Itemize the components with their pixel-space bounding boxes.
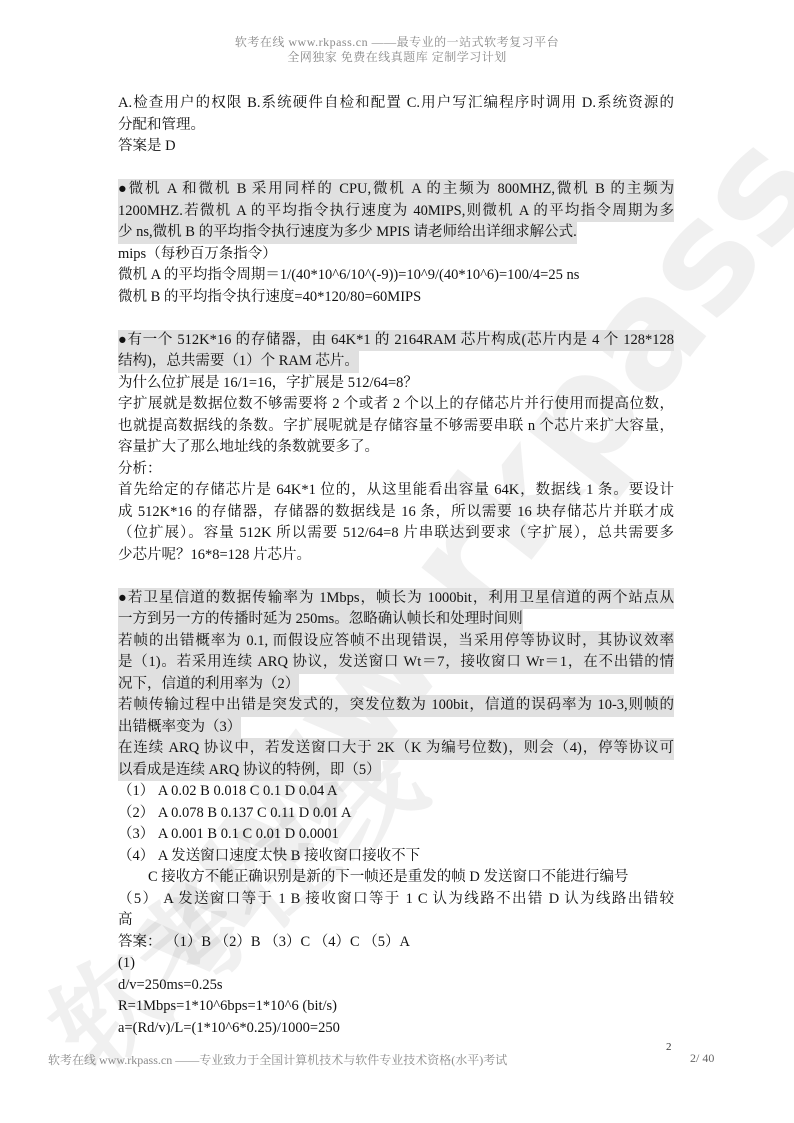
question-line: 在连续 ARQ 协议中，若发送窗口大于 2K（K 为编号位数)，则会（4)，停等… [118,738,674,760]
answer-line: 答案是 D [118,136,674,158]
option-line: （2） A 0.078 B 0.137 C 0.11 D 0.01 A [118,803,674,825]
question-line: 况下，信道的利用率为（2） [118,674,299,696]
solution-line: (1) [118,953,674,975]
header-line-2: 全网独家 免费在线真题库 定制学习计划 [0,50,794,65]
option-line: （5） A 发送窗口等于 1 B 接收窗口等于 1 C 认为线路不出错 D 认为… [118,889,674,911]
analysis-label: 分析： [118,459,674,481]
explain-line: 字扩展就是数据位数不够需要将 2 个或者 2 个以上的存储芯片并行使用而提高位数… [118,394,674,416]
option-line: C 接收方不能正确识别是新的下一帧还是重发的帧 D 发送窗口不能进行编号 [118,867,674,889]
explain-line: 容量扩大了那么地址线的条数就要多了。 [118,437,674,459]
explain-line: （位扩展）。容量 512K 所以需要 512/64=8 片串联达到要求（字扩展）… [118,523,674,545]
answer-line: 答案： （1）B （2）B （3）C （4）C （5）A [118,932,674,954]
question-line: 少 ns,微机 B 的平均指令执行速度为多少 MPIS 请老师给出详细求解公式. [118,222,577,244]
question-line: 一方到另一方的传播时延为 250ms。忽略确认帧长和处理时间则 [118,609,523,631]
bullet-icon: ● [118,181,129,197]
question-line: 结构)，总共需要（1）个 RAM 芯片。 [118,351,359,373]
option-line: （1） A 0.02 B 0.018 C 0.1 D 0.04 A [118,781,674,803]
explain-line: 为什么位扩展是 16/1=16，字扩展是 512/64=8？ [118,373,674,395]
page-number: 2 [666,1041,672,1053]
answer-line: 微机 A 的平均指令周期＝1/(40*10^6/10^(-9))=10^9/(4… [118,265,674,287]
option-line: （4） A 发送窗口速度太快 B 接收窗口接收不下 [118,846,674,868]
solution-line: d/v=250ms=0.25s [118,975,674,997]
question-line: 是（1)。若采用连续 ARQ 协议，发送窗口 Wt＝7，接收窗口 Wr＝1，在不… [118,652,674,674]
question-line: 1200MHZ.若微机 A 的平均指令执行速度为 40MIPS,则微机 A 的平… [118,201,674,223]
question-line: 出错概率变为（3） [118,717,241,739]
prev-question-answer: A.检查用户的权限 B.系统硬件自检和配置 C.用户写汇编程序时调用 D.系统资… [118,93,674,158]
solution-line: a=(Rd/v)/L=(1*10^6*0.25)/1000=250 [118,1018,674,1040]
answer-line: 微机 B 的平均指令执行速度=40*120/80=60MIPS [118,287,674,309]
option-line: （3） A 0.001 B 0.1 C 0.01 D 0.0001 [118,824,674,846]
document-body: A.检查用户的权限 B.系统硬件自检和配置 C.用户写汇编程序时调用 D.系统资… [118,93,674,1039]
question-cpu: ●微机 A 和微机 B 采用同样的 CPU,微机 A 的主频为 800MHZ,微… [118,179,674,308]
header-line-1: 软考在线 www.rkpass.cn ——最专业的一站式软考复习平台 [0,35,794,50]
question-satellite: ●若卫星信道的数据传输率为 1Mbps，帧长为 1000bit，利用卫星信道的两… [118,588,674,1040]
footer-text: 软考在线 www.rkpass.cn ——专业致力于全国计算机技术与软件专业技术… [48,1051,507,1068]
question-line: 若帧的出错概率为 0.1, 而假设应答帧不出现错误，当采用停等协议时，其协议效率 [118,631,674,653]
question-line: 以看成是连续 ARQ 协议的特例，即（5） [118,760,381,782]
question-line: 若帧传输过程中出错是突发式的，突发位数为 100bit，信道的误码率为 10-3… [118,695,674,717]
question-memory: ●有一个 512K*16 的存储器，由 64K*1 的 2164RAM 芯片构成… [118,330,674,567]
question-line: ●若卫星信道的数据传输率为 1Mbps，帧长为 1000bit，利用卫星信道的两… [118,588,674,610]
explain-line: 也就提高数据线的条数。字扩展呢就是存储容量不够需要串联 n 个芯片来扩大容量， [118,416,674,438]
answer-line: mips（每秒百万条指令） [118,244,674,266]
option-line: 高 [118,910,674,932]
text-line: 分配和管理。 [118,115,674,137]
bullet-icon: ● [118,590,128,606]
text-line: A.检查用户的权限 B.系统硬件自检和配置 C.用户写汇编程序时调用 D.系统资… [118,93,674,115]
solution-line: R=1Mbps=1*10^6bps=1*10^6 (bit/s) [118,996,674,1018]
question-line: ●有一个 512K*16 的存储器，由 64K*1 的 2164RAM 芯片构成… [118,330,674,352]
page-counter: 2/ 40 [690,1051,714,1066]
explain-line: 成 512K*16 的存储器，存储器的数据线是 16 条，所以需要 16 块存储… [118,502,674,524]
question-line: ●微机 A 和微机 B 采用同样的 CPU,微机 A 的主频为 800MHZ,微… [118,179,674,201]
explain-line: 少芯片呢？16*8=128 片芯片。 [118,545,674,567]
explain-line: 首先给定的存储芯片是 64K*1 位的，从这里能看出容量 64K，数据线 1 条… [118,480,674,502]
page-header: 软考在线 www.rkpass.cn ——最专业的一站式软考复习平台 全网独家 … [0,35,794,65]
